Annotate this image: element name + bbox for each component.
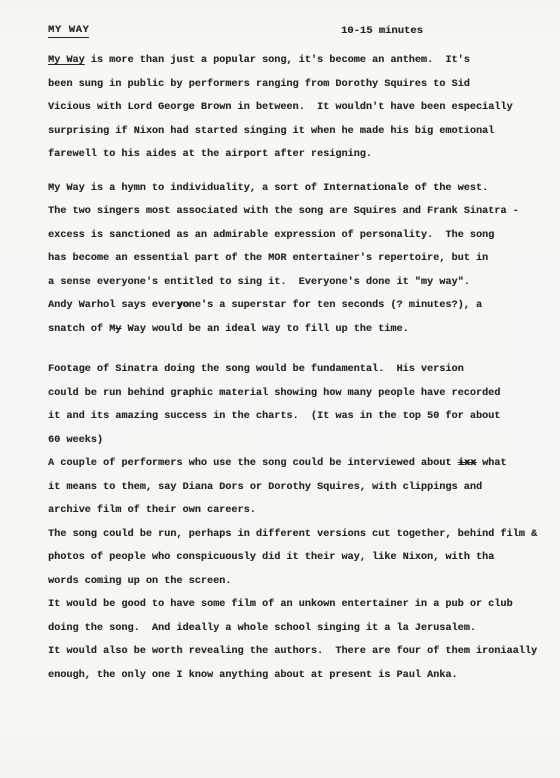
text-line: a sense everyone's entitled to sing it. …: [48, 271, 548, 295]
text-segment: A couple of performers who use the song …: [48, 458, 458, 469]
text-segment: what: [476, 458, 507, 469]
text-line: enough, the only one I know anything abo…: [48, 664, 548, 688]
text-segment: Vicious with Lord George Brown in betwee…: [48, 102, 513, 113]
text-segment: My Way is a hymn to individuality, a sor…: [48, 183, 488, 194]
paragraph: It would also be worth revealing the aut…: [48, 640, 548, 687]
text-line: 60 weeks): [48, 429, 548, 453]
paragraph: My Way is more than just a popular song,…: [48, 49, 548, 167]
paragraph: My Way is a hymn to individuality, a sor…: [48, 177, 548, 342]
text-segment: it and its amazing success in the charts…: [48, 411, 500, 422]
text-line: It would also be worth revealing the aut…: [48, 640, 548, 664]
text-line: photos of people who conspicuously did i…: [48, 546, 548, 570]
text-segment: surprising if Nixon had started singing …: [48, 126, 494, 137]
text-line: has become an essential part of the MOR …: [48, 247, 548, 271]
paragraph: A couple of performers who use the song …: [48, 452, 548, 523]
text-line: The two singers most associated with the…: [48, 200, 548, 224]
text-segment: been sung in public by performers rangin…: [48, 79, 470, 90]
text-line: snatch of My Way would be an ideal way t…: [48, 318, 548, 342]
text-segment: It would be good to have some film of an…: [48, 599, 513, 610]
text-line: words coming up on the screen.: [48, 570, 548, 594]
struck-out-text: ixx: [458, 458, 476, 469]
text-line: Footage of Sinatra doing the song would …: [48, 358, 548, 382]
text-segment: words coming up on the screen.: [48, 576, 231, 587]
text-line: archive film of their own careers.: [48, 499, 548, 523]
text-segment: enough, the only one I know anything abo…: [48, 670, 458, 681]
text-segment: photos of people who conspicuously did i…: [48, 552, 494, 563]
text-line: been sung in public by performers rangin…: [48, 73, 548, 97]
text-segment: Andy Warhol says ever: [48, 300, 176, 311]
document-page: MY WAY 10-15 minutes My Way is more than…: [0, 0, 560, 778]
text-segment: farewell to his aides at the airport aft…: [48, 149, 372, 160]
text-segment: it means to them, say Diana Dors or Doro…: [48, 482, 482, 493]
text-segment: It would also be worth revealing the aut…: [48, 646, 537, 657]
duration-note: 10-15 minutes: [341, 25, 423, 37]
text-segment: Footage of Sinatra doing the song would …: [48, 364, 464, 375]
text-segment: yo: [176, 300, 188, 311]
text-line: it means to them, say Diana Dors or Doro…: [48, 476, 548, 500]
text-line: surprising if Nixon had started singing …: [48, 120, 548, 144]
text-segment: 60 weeks): [48, 435, 103, 446]
paragraph: Footage of Sinatra doing the song would …: [48, 358, 548, 452]
text-segment: archive film of their own careers.: [48, 505, 256, 516]
text-segment: The song could be run, perhaps in differ…: [48, 529, 537, 540]
paragraph: It would be good to have some film of an…: [48, 593, 548, 640]
text-line: My Way is a hymn to individuality, a sor…: [48, 177, 548, 201]
document-title: MY WAY: [48, 24, 89, 38]
text-line: The song could be run, perhaps in differ…: [48, 523, 548, 547]
text-segment: excess is sanctioned as an admirable exp…: [48, 230, 494, 241]
text-line: It would be good to have some film of an…: [48, 593, 548, 617]
paragraph: The song could be run, perhaps in differ…: [48, 523, 548, 594]
text-line: could be run behind graphic material sho…: [48, 382, 548, 406]
text-segment: The two singers most associated with the…: [48, 206, 519, 217]
text-segment: a sense everyone's entitled to sing it. …: [48, 277, 470, 288]
text-line: My Way is more than just a popular song,…: [48, 49, 548, 73]
text-segment: ne's a superstar for ten seconds (? minu…: [189, 300, 482, 311]
text-segment: snatch of M: [48, 324, 115, 335]
text-line: Vicious with Lord George Brown in betwee…: [48, 96, 548, 120]
text-segment: Way would be an ideal way to fill up the…: [121, 324, 408, 335]
text-segment: doing the song. And ideally a whole scho…: [48, 623, 476, 634]
text-line: A couple of performers who use the song …: [48, 452, 548, 476]
text-line: doing the song. And ideally a whole scho…: [48, 617, 548, 641]
text-line: farewell to his aides at the airport aft…: [48, 143, 548, 167]
document-header: MY WAY 10-15 minutes: [48, 24, 536, 42]
text-segment: has become an essential part of the MOR …: [48, 253, 488, 264]
text-segment: could be run behind graphic material sho…: [48, 388, 500, 399]
underlined-text: My Way: [48, 55, 85, 66]
text-line: Andy Warhol says everyone's a superstar …: [48, 294, 548, 318]
text-line: excess is sanctioned as an admirable exp…: [48, 224, 548, 248]
text-segment: is more than just a popular song, it's b…: [85, 55, 470, 66]
text-line: it and its amazing success in the charts…: [48, 405, 548, 429]
document-body: My Way is more than just a popular song,…: [48, 49, 548, 687]
